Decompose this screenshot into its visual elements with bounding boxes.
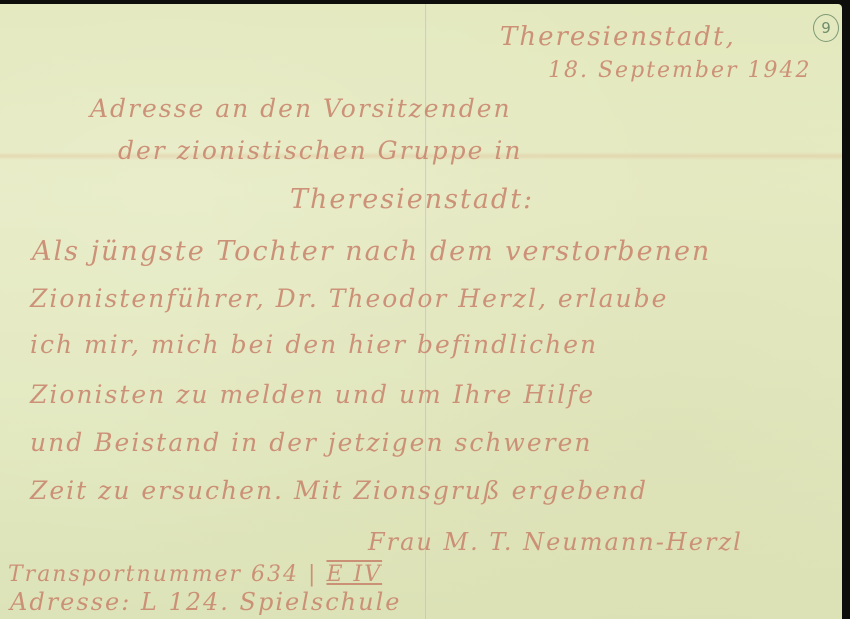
transport-separator: | [308, 562, 317, 587]
transport-number-line: Transportnummer 634 | E IV [8, 562, 382, 587]
letter-line-3: Theresienstadt: [290, 184, 534, 215]
letter-line-7: Zionisten zu melden und um Ihre Hilfe [30, 380, 595, 409]
letter-line-2: der zionistischen Gruppe in [118, 136, 523, 165]
letter-line-4: Als jüngste Tochter nach dem verstorbene… [32, 236, 711, 267]
letter-line-5: Zionistenführer, Dr. Theodor Herzl, erla… [30, 284, 668, 313]
page-number-circle: 9 [813, 14, 839, 42]
letter-line-9: Zeit zu ersuchen. Mit Zionsgruß ergebend [30, 476, 648, 505]
transport-number: Transportnummer 634 [8, 562, 299, 587]
signature: Frau M. T. Neumann-Herzl [368, 528, 743, 556]
sender-address: Adresse: L 124. Spielschule [10, 588, 401, 616]
letter-date: 18. September 1942 [548, 58, 811, 83]
letter-paper: 9 Theresienstadt, 18. September 1942 Adr… [0, 4, 842, 619]
letter-line-6: ich mir, mich bei den hier befindlichen [30, 330, 598, 359]
letter-place: Theresienstadt, [500, 22, 736, 52]
letter-line-1: Adresse an den Vorsitzenden [90, 94, 512, 123]
letter-line-8: und Beistand in der jetzigen schweren [30, 428, 592, 457]
transport-code: E IV [326, 562, 382, 587]
